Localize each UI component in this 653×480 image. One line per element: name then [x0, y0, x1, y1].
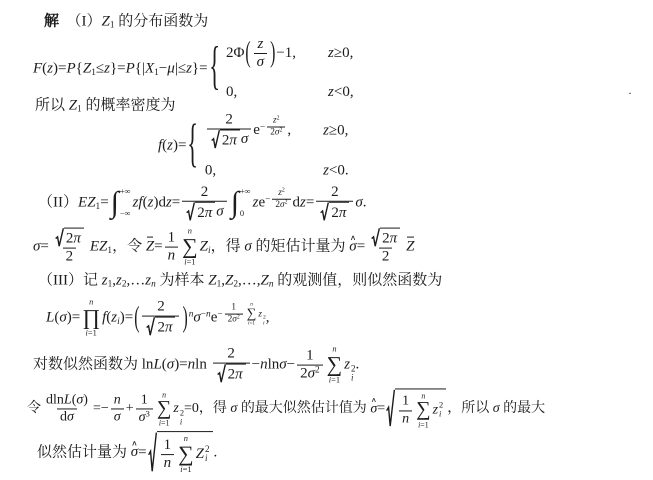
radical: 2π — [146, 317, 175, 337]
product: n∏i=1 — [82, 298, 100, 339]
solution-page: · 解 （I）Z1 的分布函数为F(z)=P{Z1≤z}=P{|X1−μ|≤z}… — [0, 0, 653, 480]
math-variable: Z — [406, 238, 414, 254]
math-variable: π — [73, 231, 81, 248]
radical: 1nn∑i=1Z2i — [148, 431, 213, 475]
formula-line-3: 所以 Z1 的概率密度为 — [35, 96, 176, 116]
fraction: 2π2 — [51, 228, 88, 267]
math-variable: σ — [67, 410, 74, 425]
math-variable: z — [300, 194, 306, 210]
sub-sup-stack: 2i — [439, 402, 443, 420]
math-variable: z — [328, 84, 334, 100]
formula-line-6: σ=2π2EZ1，令 Z=1nn∑i=1Zi，得 σ 的矩估计量为 ∧σ=2π2… — [33, 227, 415, 268]
big-parens: (22π) — [133, 299, 189, 338]
math-variable: P — [126, 60, 135, 76]
math-variable: z — [104, 60, 110, 76]
formula-line-9: 对数似然函数为 lnL(σ)=nln 22π−nlnσ−12σ2n∑i=1z2i… — [33, 345, 359, 386]
math-variable: n — [269, 280, 274, 290]
fraction: 1n — [161, 437, 175, 473]
math-variable: n — [114, 392, 121, 407]
math-variable: P — [66, 60, 75, 76]
summation: n∑i=1 — [416, 391, 430, 429]
math-variable: μ — [167, 60, 175, 76]
math-variable: σ — [139, 410, 146, 425]
math-variable: σ — [355, 194, 362, 210]
hat-estimator: ∧σ — [349, 237, 356, 257]
math-variable: n — [151, 280, 156, 290]
math-variable: i — [184, 257, 186, 266]
radical: 2π — [186, 202, 215, 222]
formula-line-5: （II）EZ1=∫+∞−∞zf(z)dz=22πσ∫+∞0ze−z22σ2dz=… — [38, 184, 366, 223]
math-variable: dln — [46, 392, 64, 407]
big-parens: (zσ) — [244, 36, 276, 72]
radical: 2π — [217, 364, 246, 384]
fraction: dlnL(σ)dσ — [43, 392, 91, 425]
math-variable: i — [180, 465, 182, 474]
math-variable: σ — [59, 309, 66, 325]
math-variable: e — [253, 122, 260, 138]
math-variable: σ — [308, 366, 315, 382]
math-variable: σ — [193, 309, 200, 325]
math-variable: i — [86, 328, 88, 337]
math-variable: z — [173, 401, 178, 416]
fraction: 12σ2 — [225, 303, 243, 325]
radical-sign-icon — [148, 431, 157, 475]
math-variable: i — [418, 420, 420, 429]
formula-line-4: f(z)={22πσe−z22σ2,z≥0,0,z<0. — [158, 112, 349, 181]
math-variable: Z — [196, 445, 204, 465]
summation: n∑i=1 — [247, 302, 257, 327]
math-variable: L — [46, 309, 54, 325]
hat-estimator: ∧σ — [131, 443, 138, 463]
math-variable: F — [33, 60, 42, 76]
math-variable: z — [433, 401, 438, 419]
math-variable: z — [47, 60, 53, 76]
math-variable: Z — [208, 272, 216, 288]
math-variable: n — [260, 356, 268, 372]
math-variable: σ — [279, 356, 286, 372]
math-variable: σ — [76, 392, 83, 407]
radical-sign-icon — [55, 228, 64, 248]
math-variable: n — [402, 411, 409, 426]
math-variable: L — [64, 392, 72, 407]
math-variable: d — [293, 194, 301, 210]
radical: 2π — [320, 202, 349, 222]
radical-sign-icon — [217, 364, 226, 384]
radical-sign-icon — [371, 228, 380, 248]
math-variable: II — [53, 194, 63, 210]
radical-sign-icon — [211, 130, 220, 150]
math-variable: σ — [33, 238, 40, 254]
math-variable: n — [164, 455, 172, 471]
math-variable: Z — [69, 97, 77, 113]
math-variable: π — [235, 367, 243, 384]
formula-line-7: （III）记 z1,z2,…zn 为样本 Z1,Z2,…,Zn 的观测值，则似然… — [38, 271, 442, 291]
overline-icon — [407, 236, 413, 237]
math-variable: π — [229, 133, 237, 150]
math-variable: i — [180, 417, 182, 426]
math-variable: σ — [167, 356, 174, 372]
math-variable: σ — [241, 131, 248, 147]
radical: 2π — [55, 228, 84, 248]
math-variable: f — [158, 137, 162, 153]
math-variable: z — [323, 162, 329, 178]
math-variable: z — [344, 356, 350, 372]
fraction: 1n — [399, 394, 412, 427]
math-variable: σ — [230, 401, 237, 416]
fraction: nσ — [111, 392, 124, 425]
bar-mean: Z — [406, 237, 414, 257]
math-variable: i — [263, 320, 265, 326]
sub-sup-stack: 2i — [351, 365, 356, 384]
fraction: 22π — [316, 184, 353, 223]
math-variable: π — [165, 320, 173, 337]
math-variable: i — [248, 321, 249, 327]
math-variable: Z — [102, 13, 110, 29]
sub-sup-stack: 2i — [263, 315, 266, 327]
fraction: z22σ2 — [272, 188, 290, 210]
math-variable: π — [390, 231, 398, 248]
radical-sign-icon — [386, 388, 395, 429]
math-variable: d — [60, 410, 67, 425]
radical: 1nn∑i=1z2i — [386, 388, 446, 429]
hat-icon: ∧ — [371, 397, 377, 406]
hat-icon: ∧ — [350, 234, 357, 243]
summation: n∑i=1 — [327, 345, 343, 386]
fraction: 22π — [213, 346, 250, 385]
math-variable: Z — [146, 238, 154, 254]
math-variable: z — [186, 60, 192, 76]
math-variable: EZ — [90, 238, 108, 254]
math-variable: d — [158, 194, 166, 210]
math-variable: ln — [268, 356, 280, 372]
math-variable: z — [328, 45, 334, 61]
integral: ∫+∞0 — [231, 188, 251, 218]
math-variable: X — [145, 60, 154, 76]
math-variable: ln — [195, 356, 207, 372]
math-variable: i — [117, 317, 120, 327]
math-variable: σ — [493, 401, 500, 416]
math-variable: σ — [114, 410, 121, 425]
overline-icon — [147, 236, 153, 237]
piecewise-cases: {2Φ(zσ)−1,z≥0,0,z<0, — [208, 36, 354, 102]
math-variable: z — [148, 194, 154, 210]
fraction: 1σ3 — [136, 392, 153, 426]
radical: 2π — [371, 228, 400, 248]
formula-line-11: 似然估计量为 ∧σ=1nn∑i=1Z2i. — [37, 431, 217, 475]
math-variable: z — [258, 309, 262, 319]
formula-line-8: L(σ)=n∏i=1f(zi)=(22π)nσ−ne−12σ2n∑i=1z2i, — [46, 298, 270, 339]
radical-sign-icon — [186, 202, 195, 222]
fraction: z22σ2 — [267, 116, 285, 138]
math-variable: i — [208, 246, 211, 256]
math-variable: i — [205, 454, 208, 464]
math-variable: Z — [261, 272, 269, 288]
radical: 2π — [211, 130, 240, 150]
math-variable: III — [53, 272, 68, 288]
piecewise-cases: {22πσe−z22σ2,z≥0,0,z<0. — [186, 112, 348, 181]
math-variable: σ — [244, 238, 251, 254]
math-variable: i — [329, 375, 331, 384]
math-variable: σ — [216, 204, 223, 220]
math-variable: EZ — [78, 194, 96, 210]
math-variable: i — [159, 419, 161, 428]
math-variable: z — [323, 122, 329, 138]
hat-icon: ∧ — [131, 440, 138, 449]
formula-line-10: 令dlnL(σ)dσ=−nσ+1σ3n∑i=1z2i=0，得 σ 的最大似然估计… — [27, 388, 545, 429]
summation: n∑i=1 — [178, 434, 194, 475]
integral: ∫+∞−∞ — [111, 188, 131, 218]
fraction: 22π — [142, 299, 179, 338]
math-variable: f — [102, 309, 106, 325]
fraction: 1n — [165, 229, 179, 265]
left-brace-icon: { — [188, 120, 199, 173]
fraction: 2π2 — [367, 228, 404, 267]
math-variable: σ — [257, 54, 264, 70]
math-variable: z — [167, 137, 173, 153]
fraction: 22πσ — [182, 184, 226, 223]
math-variable: i — [351, 373, 354, 383]
radical-sign-icon — [146, 317, 155, 337]
sub-sup-stack: 2i — [205, 445, 210, 464]
fraction: 12σ2 — [297, 347, 323, 383]
summation: n∑i=1 — [182, 227, 198, 268]
math-variable: π — [339, 205, 347, 222]
fraction: zσ — [254, 36, 267, 72]
formula-line-2: F(z)=P{Z1≤z}=P{|X1−μ|≤z}={2Φ(zσ)−1,z≥0,0… — [33, 36, 354, 102]
math-variable: Z — [83, 60, 91, 76]
math-variable: L — [153, 356, 161, 372]
math-variable: i — [439, 410, 441, 419]
fraction: 22πσ — [207, 112, 251, 151]
summation: n∑i=1 — [157, 390, 171, 428]
math-variable: Z — [200, 238, 208, 254]
math-variable: z — [166, 194, 172, 210]
bar-mean: Z — [146, 237, 154, 257]
math-variable: n — [168, 248, 176, 264]
radical-sign-icon — [320, 202, 329, 222]
sub-sup-stack: 2i — [180, 409, 184, 427]
math-variable: ln — [142, 356, 154, 372]
formula-line-1: 解 （I）Z1 的分布函数为 — [44, 12, 208, 32]
stray-ink-mark: · — [628, 86, 632, 101]
math-variable: I — [82, 13, 87, 29]
math-variable: zf — [133, 194, 143, 210]
left-brace-icon: { — [209, 43, 220, 96]
math-variable: π — [205, 205, 213, 222]
math-variable: z — [257, 36, 263, 52]
hat-estimator: ∧σ — [370, 400, 377, 418]
